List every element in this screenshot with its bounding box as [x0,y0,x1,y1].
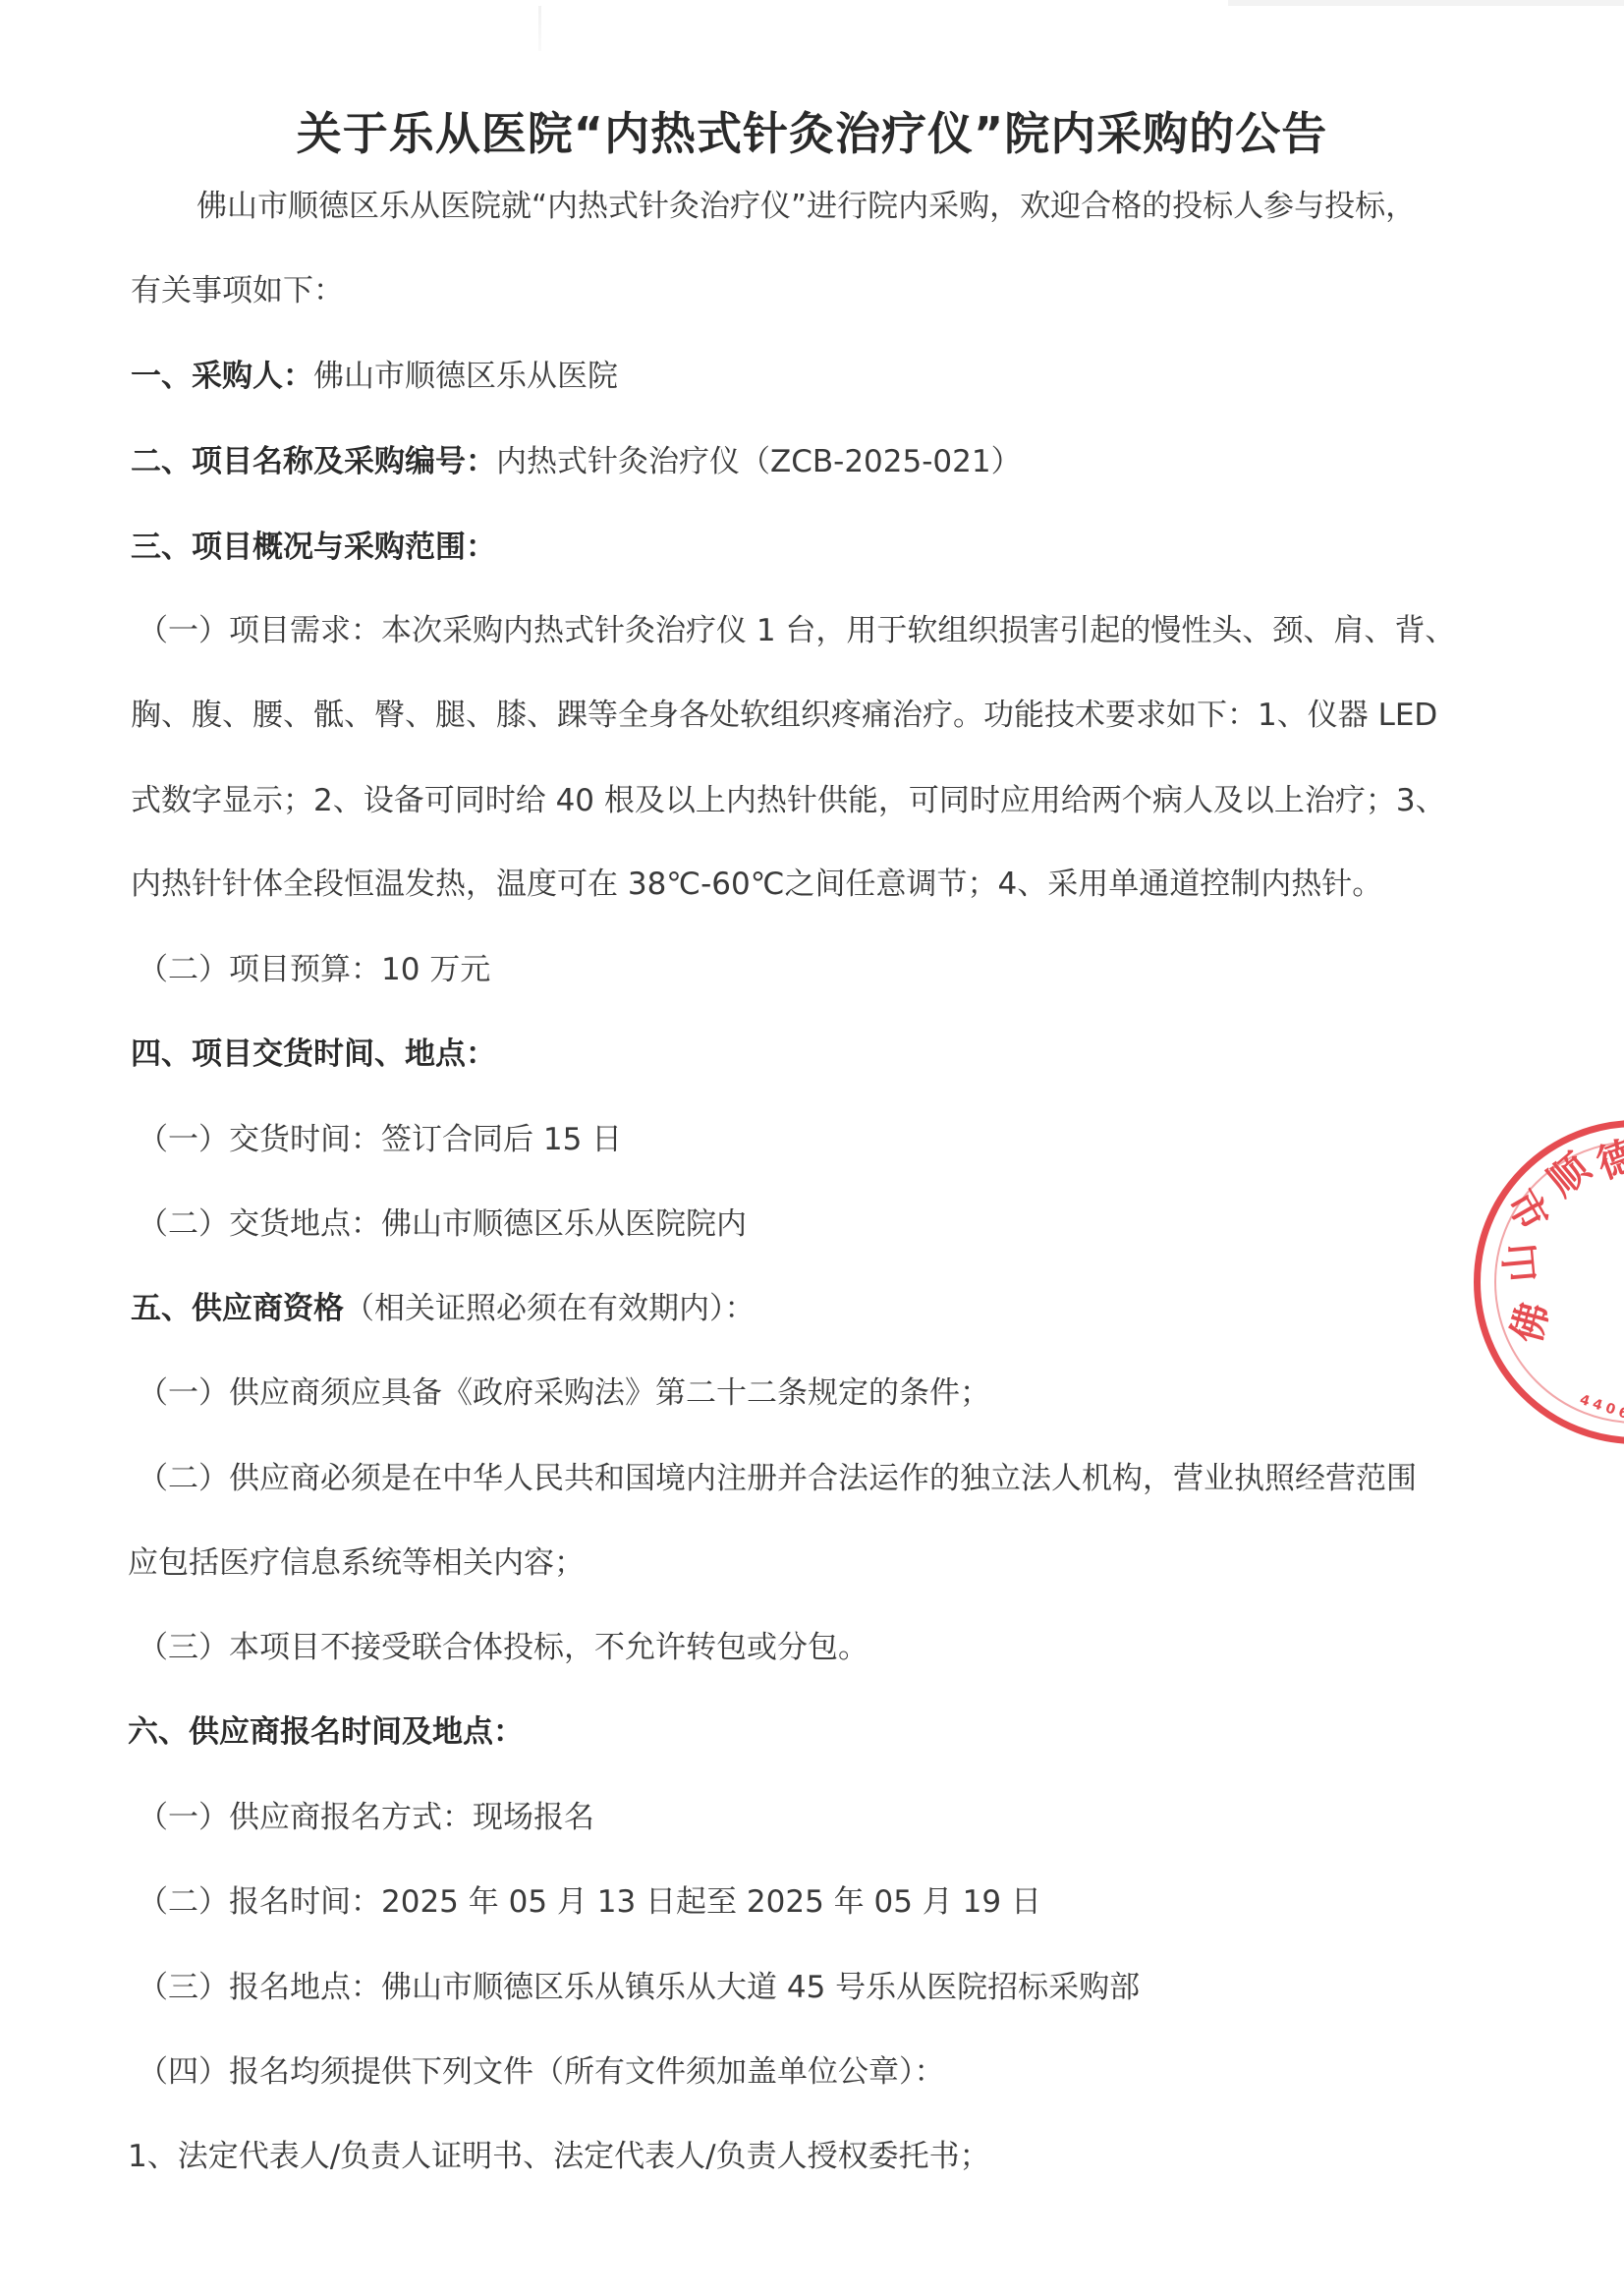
section-heading-delivery: 四、项目交货时间、地点： [131,1035,496,1074]
section-purchaser: 一、采购人：佛山市顺德区乐从医院 [131,357,618,396]
budget-line: （二）项目预算：10 万元 [138,950,490,989]
requirement-line-1: （一）项目需求：本次采购内热式针灸治疗仪 1 台，用于软组织损害引起的慢性头、颈… [138,611,1455,650]
requirement-line-2: 胸、腹、腰、骶、臀、腿、膝、踝等全身各处软组织疼痛治疗。功能技术要求如下：1、仪… [131,696,1437,735]
qualification-3: （三）本项目不接受联合体投标，不允许转包或分包。 [138,1628,868,1667]
section-project-name: 二、项目名称及采购编号：内热式针灸治疗仪（ZCB-2025-021） [131,442,1022,481]
document-title: 关于乐从医院“内热式针灸治疗仪”院内采购的公告 [0,98,1624,163]
qualification-1: （一）供应商须应具备《政府采购法》第二十二条规定的条件； [138,1373,990,1413]
scan-edge-artifact [1228,0,1624,6]
delivery-time: （一）交货时间：签订合同后 15 日 [138,1120,622,1159]
registration-document-1: 1、法定代表人/负责人证明书、法定代表人/负责人授权委托书； [128,2137,990,2176]
scan-artifact [538,6,541,51]
delivery-place: （二）交货地点：佛山市顺德区乐从医院院内 [138,1204,747,1244]
seal-char: 山 [1488,1241,1547,1285]
section-heading-overview: 三、项目概况与采购范围： [131,528,496,567]
section-heading: 五、供应商资格 [131,1291,344,1326]
requirement-line-4: 内热针针体全段恒温发热，温度可在 38℃-60℃之间任意调节；4、采用单通道控制… [131,865,1382,904]
section-supplier-qualification: 五、供应商资格（相关证照必须在有效期内）： [131,1289,756,1328]
qualification-2-line-2: 应包括医疗信息系统等相关内容； [128,1543,585,1583]
intro-line-2: 有关事项如下： [131,271,344,310]
section-text: 内热式针灸治疗仪（ZCB-2025-021） [496,444,1022,479]
official-seal-stamp: 佛 山 市 顺 德 ★ 4406 [1474,1120,1624,1444]
section-text: 佛山市顺德区乐从医院 [313,359,618,394]
section-note: （相关证照必须在有效期内）： [344,1291,756,1326]
section-heading-registration: 六、供应商报名时间及地点： [128,1712,524,1752]
registration-time: （二）报名时间：2025 年 05 月 13 日起至 2025 年 05 月 1… [138,1882,1041,1922]
document-page: 关于乐从医院“内热式针灸治疗仪”院内采购的公告 佛山市顺德区乐从医院就“内热式针… [0,0,1624,2295]
qualification-2-line-1: （二）供应商必须是在中华人民共和国境内注册并合法运作的独立法人机构，营业执照经营… [138,1459,1417,1498]
intro-line-1: 佛山市顺德区乐从医院就“内热式针灸治疗仪”进行院内采购，欢迎合格的投标人参与投标… [196,187,1416,226]
section-heading: 二、项目名称及采购编号： [131,444,496,479]
registration-method: （一）供应商报名方式：现场报名 [138,1798,594,1837]
requirement-line-3: 式数字显示；2、设备可同时给 40 根及以上内热针供能，可同时应用给两个病人及以… [131,781,1446,820]
registration-place: （三）报名地点：佛山市顺德区乐从镇乐从大道 45 号乐从医院招标采购部 [138,1968,1140,2007]
registration-documents: （四）报名均须提供下列文件（所有文件须加盖单位公章）： [138,2052,945,2092]
section-heading: 一、采购人： [131,359,313,394]
